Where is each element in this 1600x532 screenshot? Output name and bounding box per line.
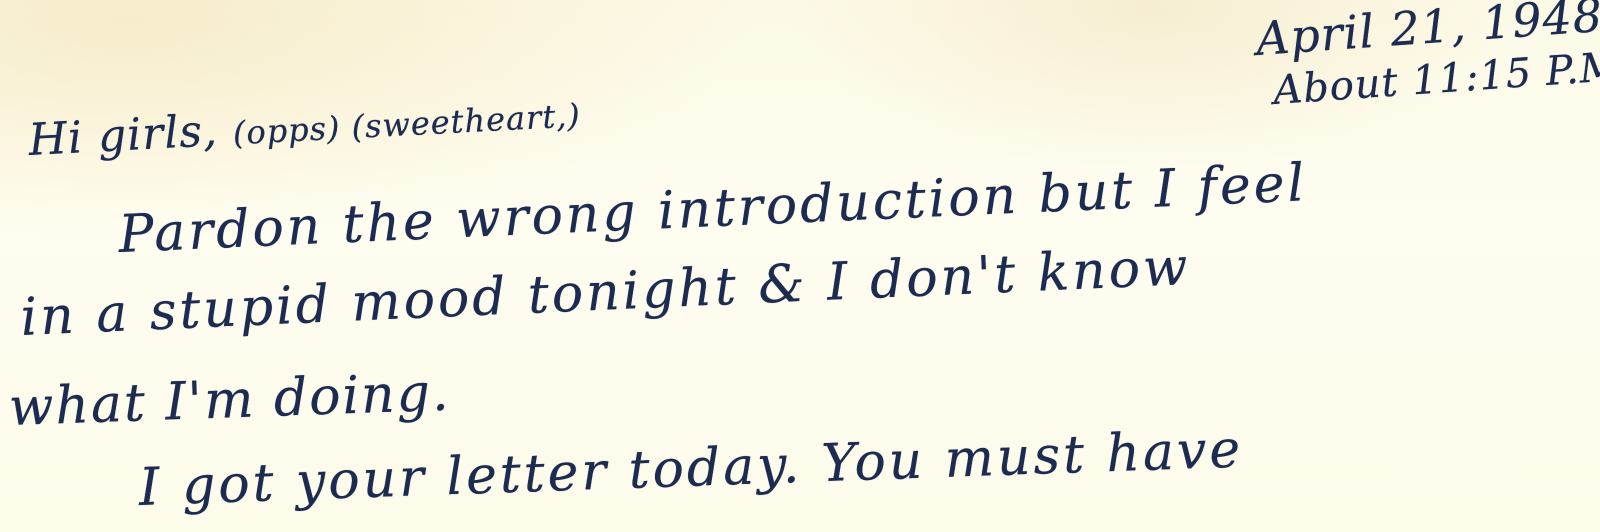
salutation: Hi girls,: [27, 105, 219, 166]
